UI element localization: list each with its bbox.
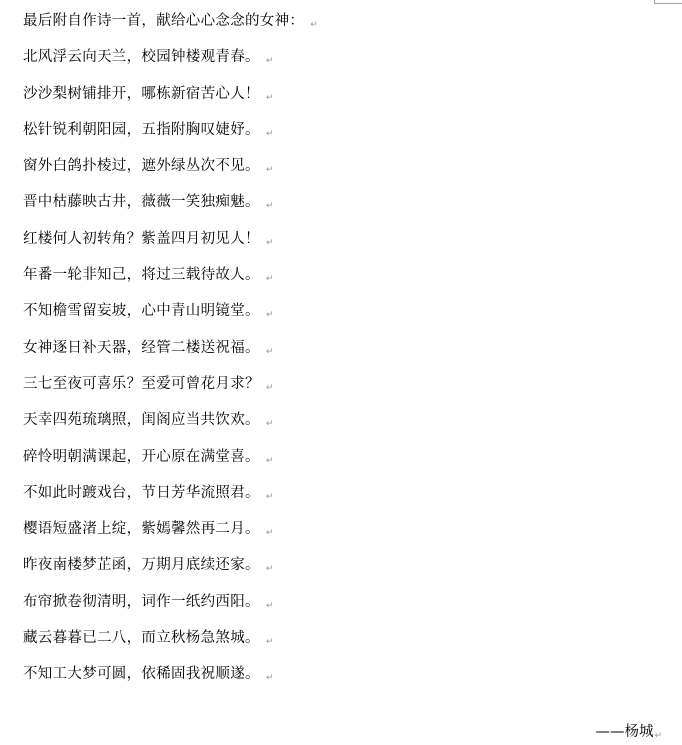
poem-line[interactable]: 不如此时踱戏台，节日芳华流照君。↵ (23, 484, 682, 520)
paragraph-mark-icon: ↵ (266, 456, 274, 466)
poem-line-text: 碎怜明朝满课起，开心原在满堂喜。 (23, 449, 260, 465)
paragraph-mark-icon: ↵ (266, 93, 274, 103)
poem-line-text: 晋中枯藤映古井，薇薇一笑独痴魅。 (23, 194, 260, 210)
paragraph-mark-icon: ↵ (266, 165, 274, 175)
paragraph-mark-icon: ↵ (266, 310, 274, 320)
poem-line-text: 年番一轮非知己，将过三载待故人。 (23, 267, 260, 283)
poem-line[interactable]: 三七至夜可喜乐？至爱可曾花月求？↵ (23, 375, 682, 411)
paragraph-mark-icon: ↵ (266, 56, 274, 66)
poem-line[interactable]: 晋中枯藤映古井，薇薇一笑独痴魅。↵ (23, 193, 682, 229)
poem-line-text: 松针锐利朝阳园，五指附胸叹婕妤。 (23, 122, 260, 138)
poem-line-text: 布帘掀卷彻清明，词作一纸约西阳。 (23, 594, 260, 610)
signature-text: ——杨城 (595, 724, 653, 740)
poem-line[interactable]: 藏云暮暮已二八，而立秋杨急煞城。↵ (23, 629, 682, 665)
poem-line[interactable]: 不知工大梦可圆，依稀固我祝顺遂。↵ (23, 665, 682, 701)
poem-line[interactable]: 布帘掀卷彻清明，词作一纸约西阳。↵ (23, 593, 682, 629)
poem-line-text: 不如此时踱戏台，节日芳华流照君。 (23, 485, 260, 501)
poem-line-text: 红楼何人初转角？紫盖四月初见人！ (23, 231, 260, 247)
poem-line[interactable]: 碎怜明朝满课起，开心原在满堂喜。↵ (23, 448, 682, 484)
paragraph-mark-icon: ↵ (266, 238, 274, 248)
poem-line[interactable]: 北风浮云向天兰，校园钟楼观青春。↵ (23, 48, 682, 84)
paragraph-mark-icon: ↵ (266, 492, 274, 502)
poem-line[interactable]: 樱语短盛渚上绽，紫嫣馨然再二月。↵ (23, 520, 682, 556)
signature-paragraph[interactable]: ——杨城↵ (595, 723, 662, 745)
poem-line[interactable]: 女神逐日补天器，经管二楼送祝福。↵ (23, 339, 682, 375)
poem-line-text: 天幸四苑琉璃照，闺阁应当共饮欢。 (23, 412, 260, 428)
poem-line-text: 三七至夜可喜乐？至爱可曾花月求？ (23, 376, 260, 392)
document-body[interactable]: 最后附自作诗一首，献给心心念念的女神：↵ 北风浮云向天兰，校园钟楼观青春。↵ 沙… (23, 12, 682, 702)
poem-line-text: 昨夜南楼梦芷函，万期月底续还家。 (23, 557, 260, 573)
paragraph-mark-icon: ↵ (266, 383, 274, 393)
paragraph-mark-icon: ↵ (654, 731, 662, 741)
paragraph-mark-icon: ↵ (266, 528, 274, 538)
paragraph-mark-icon: ↵ (310, 20, 318, 30)
poem-line[interactable]: 窗外白鸽扑棱过，遮外绿丛次不见。↵ (23, 157, 682, 193)
poem-line[interactable]: 红楼何人初转角？紫盖四月初见人！↵ (23, 230, 682, 266)
paragraph-mark-icon: ↵ (266, 201, 274, 211)
poem-line-text: 藏云暮暮已二八，而立秋杨急煞城。 (23, 630, 260, 646)
intro-paragraph[interactable]: 最后附自作诗一首，献给心心念念的女神：↵ (23, 12, 682, 48)
paragraph-mark-icon: ↵ (266, 637, 274, 647)
poem-line[interactable]: 年番一轮非知己，将过三载待故人。↵ (23, 266, 682, 302)
paragraph-mark-icon: ↵ (266, 347, 274, 357)
poem-line-text: 樱语短盛渚上绽，紫嫣馨然再二月。 (23, 521, 260, 537)
poem-line-text: 女神逐日补天器，经管二楼送祝福。 (23, 340, 260, 356)
paragraph-mark-icon: ↵ (266, 601, 274, 611)
poem-line-text: 沙沙梨树铺排开，哪栋新宿苦心人！ (23, 86, 260, 102)
intro-text: 最后附自作诗一首，献给心心念念的女神： (23, 13, 304, 29)
poem-line-text: 北风浮云向天兰，校园钟楼观青春。 (23, 49, 260, 65)
poem-line-text: 不知工大梦可圆，依稀固我祝顺遂。 (23, 666, 260, 682)
paragraph-mark-icon: ↵ (266, 564, 274, 574)
poem-line[interactable]: 松针锐利朝阳园，五指附胸叹婕妤。↵ (23, 121, 682, 157)
paragraph-mark-icon: ↵ (266, 129, 274, 139)
poem-line[interactable]: 不知檐雪留妄坡，心中青山明镜堂。↵ (23, 302, 682, 338)
poem-line-text: 窗外白鸽扑棱过，遮外绿丛次不见。 (23, 158, 260, 174)
paragraph-mark-icon: ↵ (266, 274, 274, 284)
poem-line[interactable]: 昨夜南楼梦芷函，万期月底续还家。↵ (23, 556, 682, 592)
paragraph-mark-icon: ↵ (266, 419, 274, 429)
paragraph-mark-icon: ↵ (266, 673, 274, 683)
poem-line[interactable]: 天幸四苑琉璃照，闺阁应当共饮欢。↵ (23, 411, 682, 447)
poem-line[interactable]: 沙沙梨树铺排开，哪栋新宿苦心人！↵ (23, 85, 682, 121)
page-margin-corner-mark (654, 0, 682, 4)
poem-line-text: 不知檐雪留妄坡，心中青山明镜堂。 (23, 303, 260, 319)
